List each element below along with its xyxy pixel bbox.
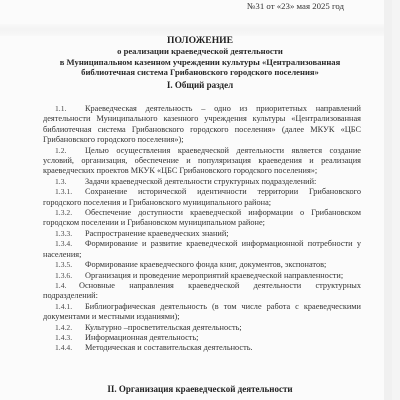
title-block: ПОЛОЖЕНИЕ о реализации краеведческой дея… (0, 35, 400, 78)
clause-1-3-6: 1.3.6.Организация и проведение мероприят… (43, 271, 361, 281)
clause-number: 1.2. (43, 146, 85, 156)
clause-text: Основные направления краеведческой деяте… (43, 281, 361, 300)
clause-1-4-2: 1.4.2.Культурно –просветительская деятел… (43, 323, 361, 333)
clause-number: 1.4.3. (43, 333, 85, 343)
clause-1-2: 1.2.Целью осуществления краеведческой де… (43, 146, 361, 177)
section-heading-2: II. Организация краеведческой деятельнос… (0, 384, 400, 394)
clause-1-3-2: 1.3.2.Обеспечение доступности краеведчес… (43, 208, 361, 229)
clause-number: 1.3.4. (43, 239, 85, 249)
clause-1-3-4: 1.3.4.Формирование и развитие краеведчес… (43, 239, 361, 260)
clause-number: 1.4.4. (43, 343, 85, 353)
clause-text: Обеспечение доступности краеведческой ин… (43, 208, 361, 227)
document-title: ПОЛОЖЕНИЕ (0, 35, 400, 46)
clause-text: Библиографическая деятельность (в том чи… (43, 302, 361, 321)
clause-text: Методическая и составительская деятельно… (85, 343, 253, 352)
clause-1-4-4: 1.4.4.Методическая и составительская дея… (43, 343, 361, 353)
clause-text: Формирование краеведческого фонда книг, … (85, 260, 326, 269)
clause-number: 1.3. (43, 177, 85, 187)
clause-1-1: 1.1.Краеведческая деятельность – одно из… (43, 104, 361, 146)
clause-text: Целью осуществления краеведческой деятел… (43, 146, 361, 176)
clause-text: Задачи краеведческой деятельности структ… (85, 177, 316, 186)
clause-number: 1.1. (43, 104, 85, 114)
clause-number: 1.3.1. (43, 187, 85, 197)
clause-text: Сохранение исторической идентичности тер… (43, 187, 361, 206)
subtitle-line-3: библиотечная система Грибановского город… (0, 67, 400, 78)
clause-1-4-3: 1.4.3.Информационная деятельность; (43, 333, 361, 343)
clause-number: 1.3.3. (43, 229, 85, 239)
clause-text: Краеведческая деятельность – одно из при… (43, 104, 361, 144)
clause-1-4-1: 1.4.1.Библиографическая деятельность (в … (43, 302, 361, 323)
clause-text: Организация и проведение мероприятий кра… (85, 271, 343, 280)
clause-text: Распространение краеведческих знаний; (85, 229, 229, 238)
clause-1-3: 1.3.Задачи краеведческой деятельности ст… (43, 177, 361, 187)
clause-number: 1.3.6. (43, 271, 85, 281)
section-1-body: 1.1.Краеведческая деятельность – одно из… (43, 104, 361, 354)
clause-text: Формирование и развитие краеведческой ин… (43, 239, 361, 258)
clause-1-3-3: 1.3.3.Распространение краеведческих знан… (43, 229, 361, 239)
subtitle-line-1: о реализации краеведческой деятельности (0, 46, 400, 57)
document-reference: №31 от «23» мая 2025 год (247, 1, 344, 11)
clause-1-3-1: 1.3.1.Сохранение исторической идентичнос… (43, 187, 361, 208)
clause-1-3-5: 1.3.5.Формирование краеведческого фонда … (43, 260, 361, 270)
document-page: №31 от «23» мая 2025 год ПОЛОЖЕНИЕ о реа… (0, 0, 392, 400)
clause-number: 1.3.5. (43, 260, 85, 270)
clause-number: 1.3.2. (43, 208, 85, 218)
clause-number: 1.4. (43, 281, 79, 291)
clause-text: Информационная деятельность; (85, 333, 198, 342)
clause-number: 1.4.1. (43, 302, 85, 312)
clause-text: Культурно –просветительская деятельность… (85, 323, 242, 332)
section-heading-1: I. Общий раздел (0, 80, 400, 90)
subtitle-line-2: в Муниципальном казенном учреждении куль… (0, 57, 400, 68)
clause-number: 1.4.2. (43, 323, 85, 333)
clause-1-4: 1.4.Основные направления краеведческой д… (43, 281, 361, 302)
